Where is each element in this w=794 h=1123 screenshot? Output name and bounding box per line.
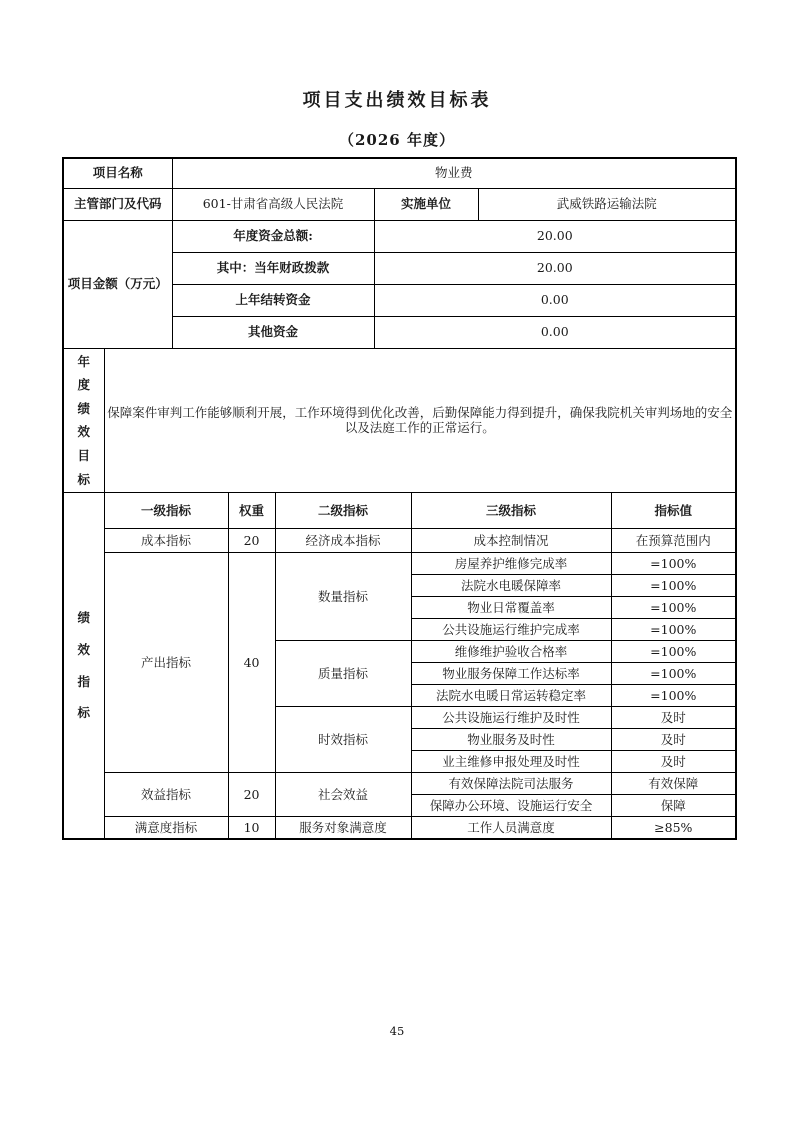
indicator-l3: 物业服务及时性 xyxy=(411,729,611,751)
indicator-row: 产出指标 40 数量指标 房屋养护维修完成率 =100% xyxy=(63,553,736,575)
indicator-l3: 公共设施运行维护完成率 xyxy=(411,619,611,641)
amount-row: 项目金额（万元） 年度资金总额: 20.00 xyxy=(63,220,736,252)
quantity-l2: 数量指标 xyxy=(275,553,411,641)
indicator-row-satisfaction: 满意度指标 10 服务对象满意度 工作人员满意度 ≥85% xyxy=(63,817,736,839)
implementing-unit-label: 实施单位 xyxy=(374,188,478,220)
benefit-l1: 效益指标 xyxy=(104,773,228,817)
satisfaction-l2: 服务对象满意度 xyxy=(275,817,411,839)
annual-goal-label: 年度绩效目标 xyxy=(63,348,104,493)
amount-total-value: 20.00 xyxy=(374,220,736,252)
satisfaction-weight: 10 xyxy=(228,817,275,839)
cost-l2: 经济成本指标 xyxy=(275,529,411,553)
indicator-l3: 保障办公环境、设施运行安全 xyxy=(411,795,611,817)
header-level3: 三级指标 xyxy=(411,493,611,529)
project-amount-label: 项目金额（万元） xyxy=(63,220,172,348)
header-value: 指标值 xyxy=(611,493,736,529)
page-number: 45 xyxy=(0,1024,794,1038)
performance-target-table: 项目名称 物业费 主管部门及代码 601-甘肃省高级人民法院 实施单位 武威铁路… xyxy=(62,157,737,840)
cost-l1: 成本指标 xyxy=(104,529,228,553)
output-weight: 40 xyxy=(228,553,275,773)
project-name-row: 项目名称 物业费 xyxy=(63,158,736,188)
indicator-value: 有效保障 xyxy=(611,773,736,795)
implementing-unit-value: 武威铁路运输法院 xyxy=(478,188,736,220)
header-level1: 一级指标 xyxy=(104,493,228,529)
indicator-l3: 法院水电暖日常运转稳定率 xyxy=(411,685,611,707)
indicator-header-row: 绩效指标 一级指标 权重 二级指标 三级指标 指标值 xyxy=(63,493,736,529)
indicator-l3: 有效保障法院司法服务 xyxy=(411,773,611,795)
quality-l2: 质量指标 xyxy=(275,641,411,707)
header-level2: 二级指标 xyxy=(275,493,411,529)
annual-goal-row: 年度绩效目标 保障案件审判工作能够顺利开展，工作环境得到优化改善，后勤保障能力得… xyxy=(63,348,736,493)
page-title: 项目支出绩效目标表 xyxy=(0,86,794,112)
indicator-value: =100% xyxy=(611,619,736,641)
indicator-l3: 房屋养护维修完成率 xyxy=(411,553,611,575)
amount-fiscal-value: 20.00 xyxy=(374,252,736,284)
indicator-value: =100% xyxy=(611,641,736,663)
amount-other-value: 0.00 xyxy=(374,316,736,348)
indicator-value: 及时 xyxy=(611,729,736,751)
header-weight: 权重 xyxy=(228,493,275,529)
project-name-value: 物业费 xyxy=(172,158,736,188)
cost-value: 在预算范围内 xyxy=(611,529,736,553)
document-page: 项目支出绩效目标表 （2026 年度） 项目名称 物业费 主管部门及代码 601… xyxy=(0,0,794,1123)
indicator-value: 及时 xyxy=(611,707,736,729)
indicator-l3: 物业日常覆盖率 xyxy=(411,597,611,619)
satisfaction-value: ≥85% xyxy=(611,817,736,839)
amount-total-label: 年度资金总额: xyxy=(172,220,374,252)
cost-weight: 20 xyxy=(228,529,275,553)
indicator-value: 及时 xyxy=(611,751,736,773)
indicator-value: 保障 xyxy=(611,795,736,817)
page-subtitle: （2026 年度） xyxy=(0,129,794,150)
output-l1: 产出指标 xyxy=(104,553,228,773)
performance-indicator-label: 绩效指标 xyxy=(63,493,104,839)
amount-other-label: 其他资金 xyxy=(172,316,374,348)
amount-carryover-value: 0.00 xyxy=(374,284,736,316)
indicator-l3: 公共设施运行维护及时性 xyxy=(411,707,611,729)
satisfaction-l3: 工作人员满意度 xyxy=(411,817,611,839)
amount-fiscal-label: 其中：当年财政拨款 xyxy=(172,252,374,284)
cost-l3: 成本控制情况 xyxy=(411,529,611,553)
indicator-row-benefit: 效益指标 20 社会效益 有效保障法院司法服务 有效保障 xyxy=(63,773,736,795)
indicator-value: =100% xyxy=(611,597,736,619)
satisfaction-l1: 满意度指标 xyxy=(104,817,228,839)
annual-goal-text: 保障案件审判工作能够顺利开展，工作环境得到优化改善，后勤保障能力得到提升，确保我… xyxy=(104,348,736,493)
timeliness-l2: 时效指标 xyxy=(275,707,411,773)
department-label: 主管部门及代码 xyxy=(63,188,172,220)
indicator-value: =100% xyxy=(611,553,736,575)
indicator-l3: 维修维护验收合格率 xyxy=(411,641,611,663)
benefit-weight: 20 xyxy=(228,773,275,817)
project-name-label: 项目名称 xyxy=(63,158,172,188)
indicator-value: =100% xyxy=(611,663,736,685)
indicator-l3: 物业服务保障工作达标率 xyxy=(411,663,611,685)
benefit-l2: 社会效益 xyxy=(275,773,411,817)
department-value: 601-甘肃省高级人民法院 xyxy=(172,188,374,220)
indicator-row-cost: 成本指标 20 经济成本指标 成本控制情况 在预算范围内 xyxy=(63,529,736,553)
indicator-l3: 法院水电暖保障率 xyxy=(411,575,611,597)
indicator-value: =100% xyxy=(611,685,736,707)
amount-carryover-label: 上年结转资金 xyxy=(172,284,374,316)
indicator-l3: 业主维修申报处理及时性 xyxy=(411,751,611,773)
indicator-value: =100% xyxy=(611,575,736,597)
department-row: 主管部门及代码 601-甘肃省高级人民法院 实施单位 武威铁路运输法院 xyxy=(63,188,736,220)
